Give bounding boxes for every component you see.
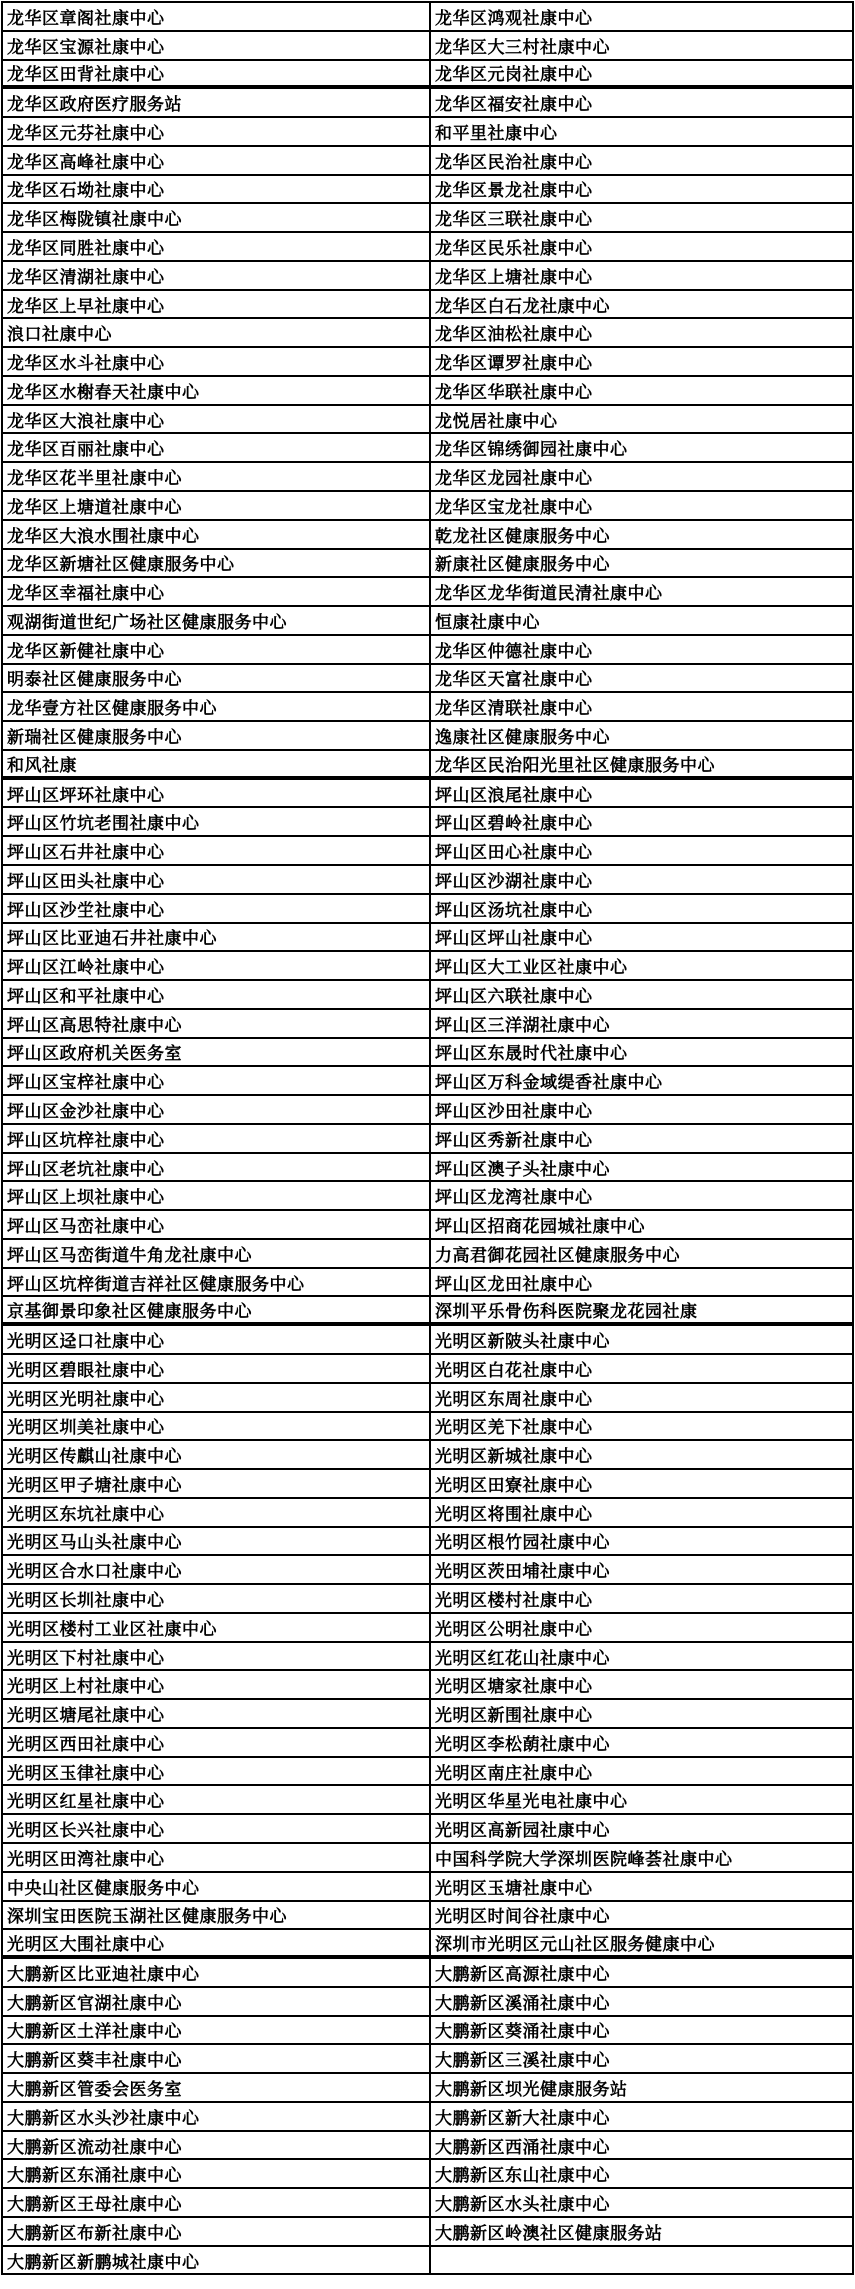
health-center-cell-left: 龙华区田背社康中心: [3, 61, 431, 86]
health-center-cell-right: 坪山区田心社康中心: [431, 837, 852, 864]
table-row: 坪山区比亚迪石井社康中心 坪山区坪山社康中心: [3, 924, 852, 953]
health-center-cell-right: 光明区李松蓢社康中心: [431, 1729, 852, 1756]
health-center-cell-right: 坪山区龙湾社康中心: [431, 1182, 852, 1209]
table-row: 光明区甲子塘社康中心 光明区田寮社康中心: [3, 1470, 852, 1499]
health-center-cell-left: 坪山区竹坑老围社康中心: [3, 808, 431, 835]
health-center-cell-left: 京基御景印象社区健康服务中心: [3, 1297, 431, 1322]
health-center-cell-left: 光明区大围社康中心: [3, 1930, 431, 1955]
health-center-cell-right: 大鹏新区岭澳社区健康服务站: [431, 2218, 852, 2245]
table-row: 大鹏新区管委会医务室 大鹏新区坝光健康服务站: [3, 2074, 852, 2103]
health-center-cell-left: 龙华区高峰社康中心: [3, 147, 431, 174]
table-row: 大鹏新区东涌社康中心 大鹏新区东山社康中心: [3, 2160, 852, 2189]
health-center-cell-left: 坪山区上坝社康中心: [3, 1182, 431, 1209]
health-center-cell-right: 大鹏新区三溪社康中心: [431, 2045, 852, 2072]
table-row: 光明区楼村工业区社康中心 光明区公明社康中心: [3, 1614, 852, 1643]
health-center-cell-right: 坪山区沙湖社康中心: [431, 866, 852, 893]
health-center-cell-right: 龙华区龙园社康中心: [431, 463, 852, 490]
health-center-cell-left: 坪山区和平社康中心: [3, 981, 431, 1008]
health-center-cell-right: 大鹏新区葵涌社康中心: [431, 2017, 852, 2044]
table-row: 龙华区田背社康中心 龙华区元岗社康中心: [3, 61, 852, 90]
health-center-cell-left: 坪山区马峦社康中心: [3, 1211, 431, 1238]
health-center-cell-right: 深圳市光明区元山社区服务健康中心: [431, 1930, 852, 1955]
health-center-cell-right: 龙华区大三村社康中心: [431, 32, 852, 59]
health-center-cell-left: 光明区马山头社康中心: [3, 1528, 431, 1555]
document-page: 龙华区章阁社康中心 龙华区鸿观社康中心 龙华区宝源社康中心 龙华区大三村社康中心…: [0, 0, 855, 2289]
table-row: 龙华区章阁社康中心 龙华区鸿观社康中心: [3, 3, 852, 32]
table-row: 大鹏新区比亚迪社康中心 大鹏新区高源社康中心: [3, 1959, 852, 1988]
table-row: 大鹏新区土洋社康中心 大鹏新区葵涌社康中心: [3, 2017, 852, 2046]
health-center-cell-left: 龙华区石坳社康中心: [3, 176, 431, 203]
health-center-cell-left: 大鹏新区新鹏城社康中心: [3, 2247, 431, 2274]
table-row: 坪山区和平社康中心 坪山区六联社康中心: [3, 981, 852, 1010]
health-center-cell-right: 龙华区华联社康中心: [431, 377, 852, 404]
health-center-cell-right: 光明区田寮社康中心: [431, 1470, 852, 1497]
health-center-cell-right: 坪山区三洋湖社康中心: [431, 1010, 852, 1037]
health-center-cell-right: 光明区新陂头社康中心: [431, 1326, 852, 1353]
table-row: 龙华区大浪社康中心 龙悦居社康中心: [3, 406, 852, 435]
health-center-cell-right: 光明区公明社康中心: [431, 1614, 852, 1641]
health-center-cell-left: 坪山区老坑社康中心: [3, 1154, 431, 1181]
table-row: 大鹏新区新鹏城社康中心: [3, 2247, 852, 2276]
health-center-cell-left: 坪山区田头社康中心: [3, 866, 431, 893]
health-center-cell-right: 光明区茨田埔社康中心: [431, 1556, 852, 1583]
health-center-cell-left: 光明区光明社康中心: [3, 1384, 431, 1411]
table-row: 光明区迳口社康中心 光明区新陂头社康中心: [3, 1326, 852, 1355]
table-row: 龙华区新健社康中心 龙华区仲德社康中心: [3, 636, 852, 665]
health-center-cell-right: 龙华区三联社康中心: [431, 204, 852, 231]
health-center-cell-right: 光明区将围社康中心: [431, 1499, 852, 1526]
table-row: 龙华区幸福社康中心 龙华区龙华街道民清社康中心: [3, 578, 852, 607]
table-row: 龙华区同胜社康中心 龙华区民乐社康中心: [3, 233, 852, 262]
table-row: 龙华区水榭春天社康中心 龙华区华联社康中心: [3, 377, 852, 406]
health-center-cell-right: 坪山区碧岭社康中心: [431, 808, 852, 835]
table-row: 坪山区石井社康中心 坪山区田心社康中心: [3, 837, 852, 866]
health-center-cell-left: 龙华区宝源社康中心: [3, 32, 431, 59]
table-row: 坪山区坑梓社康中心 坪山区秀新社康中心: [3, 1125, 852, 1154]
health-center-cell-right: 和平里社康中心: [431, 118, 852, 145]
table-row: 龙华区宝源社康中心 龙华区大三村社康中心: [3, 32, 852, 61]
table-row: 和风社康 龙华区民治阳光里社区健康服务中心: [3, 751, 852, 780]
health-center-cell-right: 大鹏新区水头社康中心: [431, 2189, 852, 2216]
health-center-cell-left: 龙华区水斗社康中心: [3, 348, 431, 375]
health-center-cell-left: 坪山区金沙社康中心: [3, 1096, 431, 1123]
health-center-cell-left: 坪山区高思特社康中心: [3, 1010, 431, 1037]
health-center-cell-left: 光明区楼村工业区社康中心: [3, 1614, 431, 1641]
health-center-cell-right: 龙华区宝龙社康中心: [431, 492, 852, 519]
health-center-cell-right: 光明区羌下社康中心: [431, 1413, 852, 1440]
health-center-cell-right: 大鹏新区西涌社康中心: [431, 2132, 852, 2159]
health-center-cell-left: 坪山区坑梓街道吉祥社区健康服务中心: [3, 1269, 431, 1296]
table-row: 光明区上村社康中心 光明区塘家社康中心: [3, 1671, 852, 1700]
health-center-cell-right: 坪山区汤坑社康中心: [431, 895, 852, 922]
health-center-cell-right: 龙华区民治阳光里社区健康服务中心: [431, 751, 852, 776]
table-row: 坪山区金沙社康中心 坪山区沙田社康中心: [3, 1096, 852, 1125]
table-row: 大鹏新区葵丰社康中心 大鹏新区三溪社康中心: [3, 2045, 852, 2074]
health-center-cell-right: 龙华区谭罗社康中心: [431, 348, 852, 375]
health-center-cell-left: 大鹏新区管委会医务室: [3, 2074, 431, 2101]
health-center-cell-left: 坪山区坪环社康中心: [3, 780, 431, 807]
table-row: 观湖街道世纪广场社区健康服务中心 恒康社康中心: [3, 607, 852, 636]
table-row: 坪山区老坑社康中心 坪山区澳子头社康中心: [3, 1154, 852, 1183]
table-row: 京基御景印象社区健康服务中心 深圳平乐骨伤科医院聚龙花园社康: [3, 1297, 852, 1326]
table-row: 光明区大围社康中心 深圳市光明区元山社区服务健康中心: [3, 1930, 852, 1959]
health-center-cell-right: 新康社区健康服务中心: [431, 550, 852, 577]
table-row: 龙华区政府医疗服务站 龙华区福安社康中心: [3, 89, 852, 118]
health-center-cell-right: 光明区根竹园社康中心: [431, 1528, 852, 1555]
table-row: 中央山社区健康服务中心 光明区玉塘社康中心: [3, 1873, 852, 1902]
table-row: 坪山区坑梓街道吉祥社区健康服务中心 坪山区龙田社康中心: [3, 1269, 852, 1298]
table-row: 龙华区花半里社康中心 龙华区龙园社康中心: [3, 463, 852, 492]
health-center-cell-right: 坪山区六联社康中心: [431, 981, 852, 1008]
health-center-cell-right: 龙华区鸿观社康中心: [431, 3, 852, 30]
health-center-cell-right: 大鹏新区坝光健康服务站: [431, 2074, 852, 2101]
table-row: 坪山区政府机关医务室 坪山区东晟时代社康中心: [3, 1039, 852, 1068]
health-center-cell-right: 光明区玉塘社康中心: [431, 1873, 852, 1900]
table-row: 大鹏新区流动社康中心 大鹏新区西涌社康中心: [3, 2132, 852, 2161]
health-center-cell-right: 大鹏新区新大社康中心: [431, 2103, 852, 2130]
health-center-cell-left: 新瑞社区健康服务中心: [3, 722, 431, 749]
health-center-cell-right: 光明区南庄社康中心: [431, 1758, 852, 1785]
health-center-cell-right: 坪山区招商花园城社康中心: [431, 1211, 852, 1238]
health-center-cell-right: 深圳平乐骨伤科医院聚龙花园社康: [431, 1297, 852, 1322]
health-center-cell-left: 光明区东坑社康中心: [3, 1499, 431, 1526]
health-center-cell-left: 龙华区上塘道社康中心: [3, 492, 431, 519]
table-row: 光明区长兴社康中心 光明区高新园社康中心: [3, 1815, 852, 1844]
table-row: 坪山区高思特社康中心 坪山区三洋湖社康中心: [3, 1010, 852, 1039]
table-row: 龙华区清湖社康中心 龙华区上塘社康中心: [3, 262, 852, 291]
health-center-cell-left: 光明区玉律社康中心: [3, 1758, 431, 1785]
health-center-cell-right: 坪山区龙田社康中心: [431, 1269, 852, 1296]
health-center-cell-left: 龙华区梅陇镇社康中心: [3, 204, 431, 231]
table-row: 坪山区江岭社康中心 坪山区大工业区社康中心: [3, 952, 852, 981]
table-row: 光明区马山头社康中心 光明区根竹园社康中心: [3, 1528, 852, 1557]
health-center-cell-left: 光明区甲子塘社康中心: [3, 1470, 431, 1497]
health-center-cell-right: 龙华区元岗社康中心: [431, 61, 852, 86]
health-center-cell-left: 大鹏新区东涌社康中心: [3, 2160, 431, 2187]
health-center-cell-right: 大鹏新区溪涌社康中心: [431, 1988, 852, 2015]
table-row: 光明区合水口社康中心 光明区茨田埔社康中心: [3, 1556, 852, 1585]
health-center-cell-left: 光明区碧眼社康中心: [3, 1355, 431, 1382]
table-row: 坪山区竹坑老围社康中心 坪山区碧岭社康中心: [3, 808, 852, 837]
health-center-cell-left: 深圳宝田医院玉湖社区健康服务中心: [3, 1902, 431, 1929]
table-row: 坪山区坪环社康中心 坪山区浪尾社康中心: [3, 780, 852, 809]
health-center-cell-right: 龙华区清联社康中心: [431, 693, 852, 720]
health-center-cell-left: 龙华区政府医疗服务站: [3, 89, 431, 116]
health-center-cell-right: 坪山区沙田社康中心: [431, 1096, 852, 1123]
health-center-cell-left: 光明区圳美社康中心: [3, 1413, 431, 1440]
health-center-cell-right: 龙悦居社康中心: [431, 406, 852, 433]
health-center-cell-left: 观湖街道世纪广场社区健康服务中心: [3, 607, 431, 634]
table-row: 光明区玉律社康中心 光明区南庄社康中心: [3, 1758, 852, 1787]
health-center-cell-left: 龙华区同胜社康中心: [3, 233, 431, 260]
health-center-cell-left: 龙华区水榭春天社康中心: [3, 377, 431, 404]
health-center-cell-right: 恒康社康中心: [431, 607, 852, 634]
table-row: 大鹏新区布新社康中心 大鹏新区岭澳社区健康服务站: [3, 2218, 852, 2247]
health-center-cell-left: 中央山社区健康服务中心: [3, 1873, 431, 1900]
health-center-cell-left: 光明区长兴社康中心: [3, 1815, 431, 1842]
health-center-cell-right: [431, 2247, 852, 2274]
health-center-cell-right: 龙华区油松社康中心: [431, 319, 852, 346]
health-center-cell-left: 光明区塘尾社康中心: [3, 1700, 431, 1727]
table-row: 光明区西田社康中心 光明区李松蓢社康中心: [3, 1729, 852, 1758]
health-center-cell-right: 坪山区澳子头社康中心: [431, 1154, 852, 1181]
health-center-cell-right: 光明区华星光电社康中心: [431, 1786, 852, 1813]
table-row: 龙华区百丽社康中心 龙华区锦绣御园社康中心: [3, 434, 852, 463]
health-center-cell-left: 龙华区大浪水围社康中心: [3, 521, 431, 548]
health-center-cell-left: 光明区西田社康中心: [3, 1729, 431, 1756]
health-center-cell-left: 大鹏新区流动社康中心: [3, 2132, 431, 2159]
health-center-cell-right: 龙华区天富社康中心: [431, 665, 852, 692]
table-row: 大鹏新区王母社康中心 大鹏新区水头社康中心: [3, 2189, 852, 2218]
health-center-cell-right: 光明区新围社康中心: [431, 1700, 852, 1727]
health-center-cell-right: 中国科学院大学深圳医院峰荟社康中心: [431, 1844, 852, 1871]
table-row: 龙华区上早社康中心 龙华区白石龙社康中心: [3, 291, 852, 320]
health-center-cell-right: 光明区高新园社康中心: [431, 1815, 852, 1842]
health-center-cell-left: 龙华区新塘社区健康服务中心: [3, 550, 431, 577]
health-center-cell-left: 光明区上村社康中心: [3, 1671, 431, 1698]
health-center-cell-left: 坪山区政府机关医务室: [3, 1039, 431, 1066]
table-row: 坪山区马峦社康中心 坪山区招商花园城社康中心: [3, 1211, 852, 1240]
table-row: 龙华区梅陇镇社康中心 龙华区三联社康中心: [3, 204, 852, 233]
table-row: 浪口社康中心 龙华区油松社康中心: [3, 319, 852, 348]
health-center-cell-right: 坪山区秀新社康中心: [431, 1125, 852, 1152]
health-center-cell-left: 和风社康: [3, 751, 431, 776]
table-row: 龙华区上塘道社康中心 龙华区宝龙社康中心: [3, 492, 852, 521]
health-center-cell-left: 坪山区宝梓社康中心: [3, 1067, 431, 1094]
health-center-cell-left: 大鹏新区官湖社康中心: [3, 1988, 431, 2015]
table-row: 坪山区马峦街道牛角龙社康中心 力高君御花园社区健康服务中心: [3, 1240, 852, 1269]
table-row: 光明区长圳社康中心 光明区楼村社康中心: [3, 1585, 852, 1614]
health-center-cell-left: 大鹏新区布新社康中心: [3, 2218, 431, 2245]
health-center-cell-left: 明泰社区健康服务中心: [3, 665, 431, 692]
table-row: 光明区碧眼社康中心 光明区白花社康中心: [3, 1355, 852, 1384]
health-center-cell-left: 光明区田湾社康中心: [3, 1844, 431, 1871]
health-center-cell-left: 龙华区章阁社康中心: [3, 3, 431, 30]
table-row: 明泰社区健康服务中心 龙华区天富社康中心: [3, 665, 852, 694]
health-center-cell-right: 光明区红花山社康中心: [431, 1643, 852, 1670]
health-center-cell-right: 龙华区民治社康中心: [431, 147, 852, 174]
health-center-cell-left: 大鹏新区水头沙社康中心: [3, 2103, 431, 2130]
health-center-cell-left: 龙华区百丽社康中心: [3, 434, 431, 461]
health-center-cell-left: 龙华区新健社康中心: [3, 636, 431, 663]
table-row: 光明区红星社康中心 光明区华星光电社康中心: [3, 1786, 852, 1815]
table-row: 光明区下村社康中心 光明区红花山社康中心: [3, 1643, 852, 1672]
health-center-cell-right: 大鹏新区高源社康中心: [431, 1959, 852, 1986]
health-center-cell-left: 坪山区比亚迪石井社康中心: [3, 924, 431, 951]
table-row: 大鹏新区官湖社康中心 大鹏新区溪涌社康中心: [3, 1988, 852, 2017]
health-center-cell-left: 龙华壹方社区健康服务中心: [3, 693, 431, 720]
table-row: 坪山区宝梓社康中心 坪山区万科金域缇香社康中心: [3, 1067, 852, 1096]
health-center-cell-right: 光明区塘家社康中心: [431, 1671, 852, 1698]
table-row: 光明区东坑社康中心 光明区将围社康中心: [3, 1499, 852, 1528]
health-center-cell-right: 龙华区锦绣御园社康中心: [431, 434, 852, 461]
table-row: 光明区光明社康中心 光明区东周社康中心: [3, 1384, 852, 1413]
health-center-cell-left: 龙华区大浪社康中心: [3, 406, 431, 433]
health-center-cell-right: 坪山区大工业区社康中心: [431, 952, 852, 979]
table-row: 龙华区水斗社康中心 龙华区谭罗社康中心: [3, 348, 852, 377]
health-center-cell-right: 光明区楼村社康中心: [431, 1585, 852, 1612]
health-center-cell-left: 坪山区坑梓社康中心: [3, 1125, 431, 1152]
health-center-cell-right: 光明区时间谷社康中心: [431, 1902, 852, 1929]
health-center-cell-left: 光明区下村社康中心: [3, 1643, 431, 1670]
table-row: 光明区传麒山社康中心 光明区新城社康中心: [3, 1441, 852, 1470]
health-center-cell-left: 龙华区元芬社康中心: [3, 118, 431, 145]
table-row: 光明区圳美社康中心 光明区羌下社康中心: [3, 1413, 852, 1442]
table-row: 深圳宝田医院玉湖社区健康服务中心 光明区时间谷社康中心: [3, 1902, 852, 1931]
health-center-cell-left: 光明区红星社康中心: [3, 1786, 431, 1813]
table-row: 新瑞社区健康服务中心 逸康社区健康服务中心: [3, 722, 852, 751]
health-center-cell-right: 龙华区白石龙社康中心: [431, 291, 852, 318]
table-row: 龙华壹方社区健康服务中心 龙华区清联社康中心: [3, 693, 852, 722]
table-row: 坪山区田头社康中心 坪山区沙湖社康中心: [3, 866, 852, 895]
health-center-cell-right: 龙华区上塘社康中心: [431, 262, 852, 289]
health-center-cell-right: 龙华区景龙社康中心: [431, 176, 852, 203]
health-center-cell-right: 光明区白花社康中心: [431, 1355, 852, 1382]
health-center-cell-right: 大鹏新区东山社康中心: [431, 2160, 852, 2187]
health-center-cell-right: 光明区东周社康中心: [431, 1384, 852, 1411]
health-center-cell-left: 坪山区江岭社康中心: [3, 952, 431, 979]
table-row: 坪山区上坝社康中心 坪山区龙湾社康中心: [3, 1182, 852, 1211]
health-center-cell-left: 大鹏新区比亚迪社康中心: [3, 1959, 431, 1986]
table-row: 坪山区沙坣社康中心 坪山区汤坑社康中心: [3, 895, 852, 924]
table-row: 龙华区石坳社康中心 龙华区景龙社康中心: [3, 176, 852, 205]
health-center-cell-right: 力高君御花园社区健康服务中心: [431, 1240, 852, 1267]
health-center-cell-left: 龙华区上早社康中心: [3, 291, 431, 318]
health-center-cell-left: 龙华区花半里社康中心: [3, 463, 431, 490]
health-center-cell-left: 光明区合水口社康中心: [3, 1556, 431, 1583]
health-center-cell-right: 龙华区龙华街道民清社康中心: [431, 578, 852, 605]
table-row: 光明区田湾社康中心 中国科学院大学深圳医院峰荟社康中心: [3, 1844, 852, 1873]
table-row: 龙华区新塘社区健康服务中心 新康社区健康服务中心: [3, 550, 852, 579]
health-center-cell-left: 坪山区沙坣社康中心: [3, 895, 431, 922]
health-center-cell-left: 光明区长圳社康中心: [3, 1585, 431, 1612]
table-row: 龙华区大浪水围社康中心 乾龙社区健康服务中心: [3, 521, 852, 550]
health-center-cell-left: 浪口社康中心: [3, 319, 431, 346]
health-center-cell-right: 乾龙社区健康服务中心: [431, 521, 852, 548]
health-centers-table: 龙华区章阁社康中心 龙华区鸿观社康中心 龙华区宝源社康中心 龙华区大三村社康中心…: [1, 1, 854, 2275]
health-center-cell-right: 逸康社区健康服务中心: [431, 722, 852, 749]
health-center-cell-right: 坪山区坪山社康中心: [431, 924, 852, 951]
health-center-cell-right: 龙华区福安社康中心: [431, 89, 852, 116]
health-center-cell-left: 光明区传麒山社康中心: [3, 1441, 431, 1468]
health-center-cell-left: 坪山区马峦街道牛角龙社康中心: [3, 1240, 431, 1267]
health-center-cell-left: 大鹏新区土洋社康中心: [3, 2017, 431, 2044]
table-row: 龙华区元芬社康中心 和平里社康中心: [3, 118, 852, 147]
health-center-cell-right: 坪山区万科金域缇香社康中心: [431, 1067, 852, 1094]
health-center-cell-right: 坪山区浪尾社康中心: [431, 780, 852, 807]
health-center-cell-left: 光明区迳口社康中心: [3, 1326, 431, 1353]
health-center-cell-right: 坪山区东晟时代社康中心: [431, 1039, 852, 1066]
health-center-cell-left: 坪山区石井社康中心: [3, 837, 431, 864]
health-center-cell-right: 龙华区民乐社康中心: [431, 233, 852, 260]
table-row: 大鹏新区水头沙社康中心 大鹏新区新大社康中心: [3, 2103, 852, 2132]
health-center-cell-right: 龙华区仲德社康中心: [431, 636, 852, 663]
health-center-cell-left: 龙华区清湖社康中心: [3, 262, 431, 289]
health-center-cell-left: 龙华区幸福社康中心: [3, 578, 431, 605]
health-center-cell-left: 大鹏新区王母社康中心: [3, 2189, 431, 2216]
table-row: 龙华区高峰社康中心 龙华区民治社康中心: [3, 147, 852, 176]
health-center-cell-right: 光明区新城社康中心: [431, 1441, 852, 1468]
health-center-cell-left: 大鹏新区葵丰社康中心: [3, 2045, 431, 2072]
table-row: 光明区塘尾社康中心 光明区新围社康中心: [3, 1700, 852, 1729]
